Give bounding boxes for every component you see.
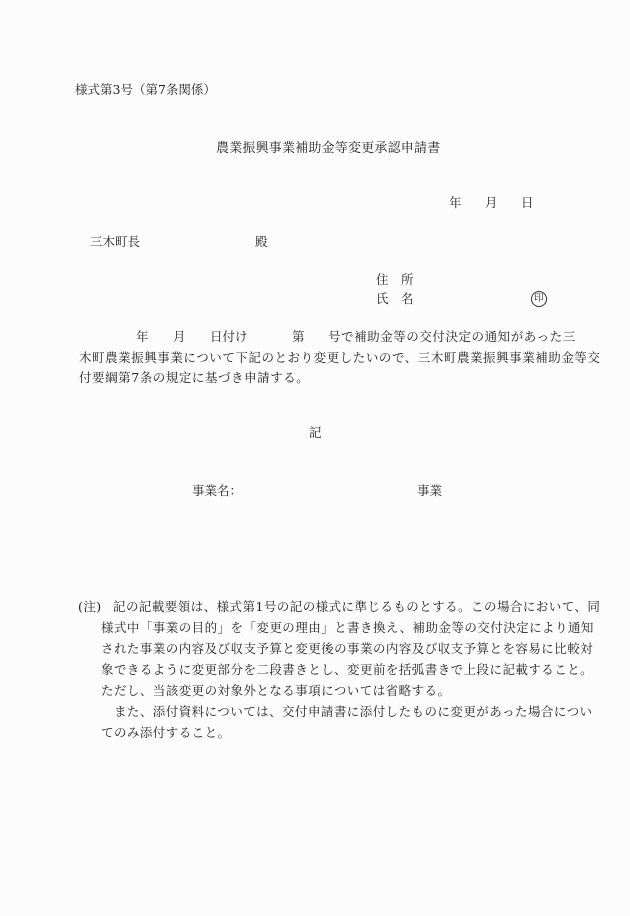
date-year-label: 年 — [449, 197, 462, 210]
address-label: 住 所 — [376, 274, 414, 287]
note-line: 記の記載要領は、様式第1号の記の様式に準じるものとする。この場合において、同 — [113, 601, 600, 614]
name-label: 氏 名 — [376, 293, 414, 306]
body-line3: 付要綱第7条の規定に基づき申請する。 — [79, 372, 309, 385]
date-month-label: 月 — [485, 197, 498, 210]
body-year: 年 — [136, 331, 149, 344]
addressee-honorific: 殿 — [255, 236, 268, 249]
form-number: 様式第3号（第7条関係） — [75, 84, 216, 97]
body-no-prefix: 第 — [292, 331, 305, 344]
body-dated: 日付け — [210, 331, 248, 344]
project-name-label: 事業名： — [192, 485, 242, 498]
project-suffix: 事業 — [417, 485, 442, 498]
note-line: ただし、当該変更の対象外となる事項については省略する。 — [101, 685, 450, 698]
note-line: された事業の内容及び収支予算と変更後の事業の内容及び収支予算とを容易に比較対 — [101, 643, 593, 656]
body-month: 月 — [173, 331, 186, 344]
body-line2: 木町農業振興事業について下記のとおり変更したいので、三木町農業振興事業補助金等交 — [79, 352, 601, 365]
note-line: 象できるように変更部分を二段書きとし、変更前を括弧書きで上段に記載すること。 — [101, 664, 593, 677]
body-line1-rest: 号で補助金等の交付決定の通知があった三 — [328, 331, 576, 344]
document-title: 農業振興事業補助金等変更承認申請書 — [216, 142, 440, 155]
ki-heading: 記 — [309, 427, 322, 440]
notes-marker: (注) — [78, 601, 102, 614]
note-line: 様式中「事業の目的」を「変更の理由」と書き換え、補助金等の交付決定により通知 — [101, 622, 594, 635]
date-day-label: 日 — [521, 197, 534, 210]
note-line: また、添付資料については、交付申請書に添付したものに変更があった場合につい — [101, 706, 592, 719]
seal-mark-icon: 印 — [531, 291, 547, 307]
addressee-name: 三木町長 — [90, 236, 140, 249]
note-line: てのみ添付すること。 — [101, 727, 231, 740]
